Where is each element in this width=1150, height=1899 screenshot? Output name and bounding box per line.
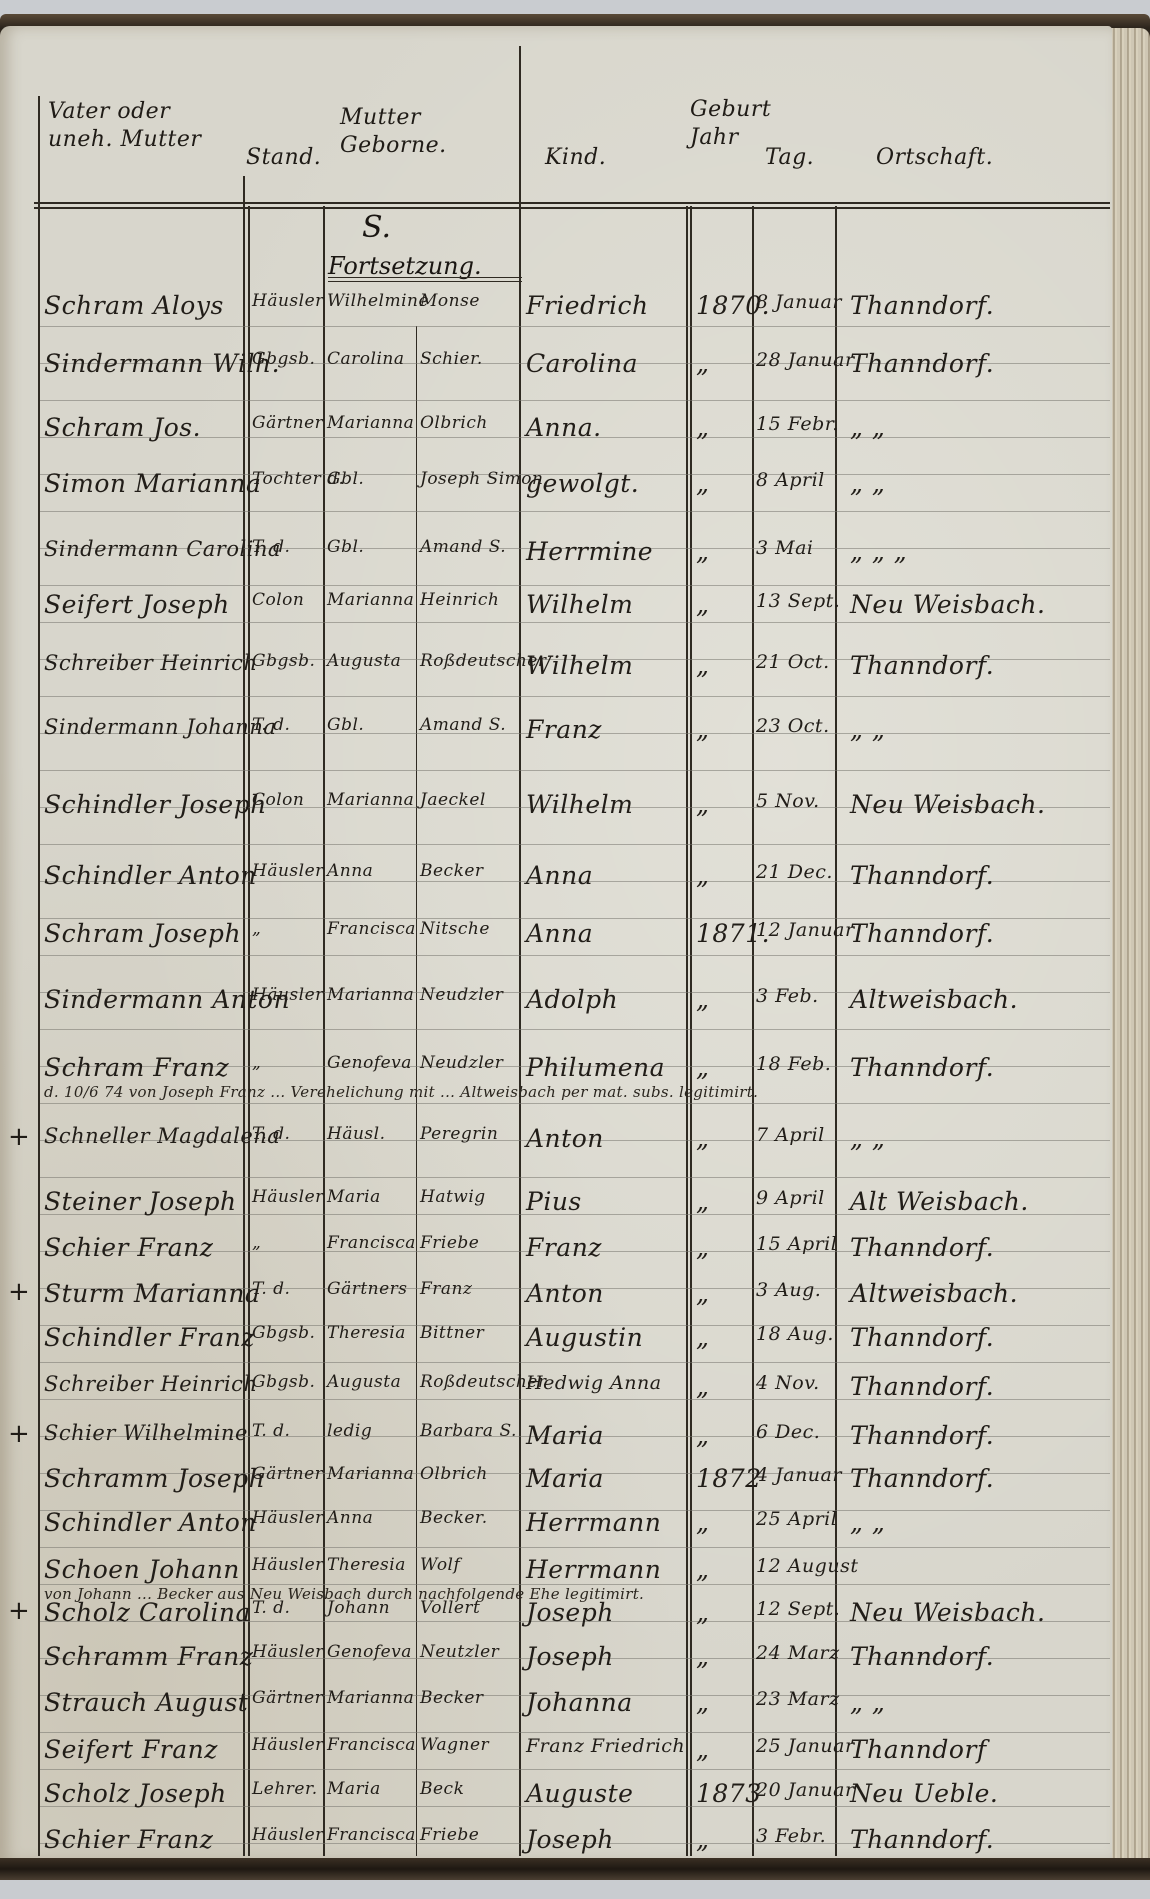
mother-first-name: Gbl. — [327, 537, 364, 557]
mother-surname: Friebe — [420, 1825, 479, 1845]
birth-day: 25 Januar — [756, 1735, 855, 1757]
child-name: Anton — [526, 1279, 604, 1308]
child-name: Herrmine — [526, 537, 653, 566]
cross-mark-icon: + — [8, 1277, 30, 1307]
parent-name: Schramm Franz — [44, 1642, 253, 1671]
stand: Gärtner — [252, 1688, 323, 1708]
mother-first-name: Augusta — [327, 651, 401, 671]
stand: Gbgsb. — [252, 651, 315, 671]
ruled-line — [40, 585, 1110, 586]
child-name: Anna. — [526, 413, 602, 442]
birth-day: 13 Sept. — [756, 590, 840, 612]
parent-name: Sturm Marianna — [44, 1279, 260, 1308]
child-name: Auguste — [526, 1779, 633, 1808]
child-name: Philumena — [526, 1053, 665, 1082]
stand: T. d. — [252, 1421, 290, 1441]
mother-surname: Bittner — [420, 1323, 484, 1343]
birth-day: 24 Marz — [756, 1642, 840, 1664]
child-name: Franz Friedrich — [526, 1735, 685, 1757]
stand: Häusler — [252, 1642, 324, 1662]
place: Thanndorf. — [850, 861, 994, 890]
birth-year: 1872 — [696, 1464, 762, 1493]
mother-surname: Neutzler — [420, 1642, 499, 1662]
parent-name: Schramm Joseph — [44, 1464, 265, 1493]
column-rule-left — [38, 96, 40, 1856]
mother-first-name: Gärtners — [327, 1279, 408, 1299]
mother-surname: Olbrich — [420, 1464, 488, 1484]
birth-year: „ — [696, 651, 709, 680]
mother-surname: Becker. — [420, 1508, 488, 1528]
header-kind: Kind. — [545, 144, 606, 172]
birth-day: 3 Febr. — [756, 1825, 826, 1847]
place: Thanndorf. — [850, 1421, 994, 1450]
mother-surname: Amand S. — [420, 715, 506, 735]
place: Neu Ueble. — [850, 1779, 998, 1808]
birth-day: 7 April — [756, 1124, 825, 1146]
place: Thanndorf. — [850, 1642, 994, 1671]
register-page: Vater oder uneh. Mutter Stand. Mutter Ge… — [0, 26, 1112, 1862]
mother-first-name: Maria — [327, 1187, 381, 1207]
place: „ „ — [850, 1508, 885, 1537]
birth-year: „ — [696, 1421, 709, 1450]
stand: Gbgsb. — [252, 1372, 315, 1392]
place: Neu Weisbach. — [850, 590, 1045, 619]
birth-day: 28 Januar — [756, 349, 855, 371]
birth-day: 12 Sept. — [756, 1598, 840, 1620]
mother-surname: Neudzler — [420, 1053, 503, 1073]
mother-first-name: Maria — [327, 1779, 381, 1799]
header-rule-bottom — [34, 207, 1110, 209]
parent-name: Seifert Joseph — [44, 590, 230, 619]
stand: Häusler — [252, 1825, 324, 1845]
mother-first-name: Anna — [327, 861, 373, 881]
ruled-line — [40, 1029, 1110, 1030]
birth-day: 8 April — [756, 469, 825, 491]
child-name: Maria — [526, 1464, 604, 1493]
child-name: Herrmann — [526, 1555, 661, 1584]
child-name: Herrmann — [526, 1508, 661, 1537]
ruled-line — [40, 1769, 1110, 1770]
ruled-line — [40, 955, 1110, 956]
mother-first-name: ledig — [327, 1421, 372, 1441]
birth-year: „ — [696, 790, 709, 819]
mother-first-name: Carolina — [327, 349, 404, 369]
stand: Gärtner — [252, 413, 323, 433]
birth-day: 3 Feb. — [756, 985, 819, 1007]
mother-surname: Jaeckel — [420, 790, 486, 810]
stand: Colon — [252, 790, 304, 810]
parent-name: Schier Franz — [44, 1825, 213, 1854]
ruled-line — [40, 1732, 1110, 1733]
birth-year: „ — [696, 1598, 709, 1627]
stand: T. d. — [252, 1124, 290, 1144]
stand: T. d. — [252, 715, 290, 735]
stand: Gbgsb. — [252, 349, 315, 369]
parent-name: Seifert Franz — [44, 1735, 218, 1764]
birth-day: 23 Oct. — [756, 715, 830, 737]
child-name: Adolph — [526, 985, 618, 1014]
child-name: Franz — [526, 715, 602, 744]
mother-surname: Wolf — [420, 1555, 460, 1575]
birth-year: „ — [696, 1187, 709, 1216]
marginal-note: d. 10/6 74 von Joseph Franz ... Vereheli… — [44, 1083, 758, 1101]
birth-year: „ — [696, 537, 709, 566]
child-name: Wilhelm — [526, 590, 633, 619]
birth-year: „ — [696, 469, 709, 498]
birth-year: „ — [696, 413, 709, 442]
stand: Häusler — [252, 1555, 324, 1575]
header-geburt-tag: Tag. — [765, 144, 814, 172]
birth-year: „ — [696, 1279, 709, 1308]
book-binding-bottom — [0, 1858, 1150, 1880]
cross-mark-icon: + — [8, 1419, 30, 1449]
place: Neu Weisbach. — [850, 1598, 1045, 1627]
column-rule-mutter — [323, 206, 325, 1856]
birth-year: „ — [696, 1642, 709, 1671]
column-rule-jahr-2 — [690, 206, 692, 1856]
place: „ „ — [850, 715, 885, 744]
header-vater-mutter: Vater oder uneh. Mutter — [48, 98, 228, 154]
ruled-line — [40, 770, 1110, 771]
parent-name: Schreiber Heinrich — [44, 651, 257, 675]
mother-surname: Becker — [420, 861, 484, 881]
birth-day: 3 Mai — [756, 537, 814, 559]
child-name: Joseph — [526, 1825, 614, 1854]
child-name: gewolgt. — [526, 469, 639, 498]
ruled-line — [40, 400, 1110, 401]
mother-first-name: Marianna — [327, 790, 414, 810]
child-name: Wilhelm — [526, 651, 633, 680]
parent-name: Sindermann Wilh. — [44, 349, 280, 378]
birth-year: „ — [696, 590, 709, 619]
mother-first-name: Marianna — [327, 1688, 414, 1708]
parent-name: Schindler Anton — [44, 861, 257, 890]
parent-name: Sindermann Johanna — [44, 715, 276, 739]
parent-name: Schindler Anton — [44, 1508, 257, 1537]
mother-surname: Heinrich — [420, 590, 499, 610]
section-underline-2 — [328, 281, 522, 282]
parent-name: Steiner Joseph — [44, 1187, 237, 1216]
birth-day: 4 Januar — [756, 1464, 842, 1486]
header-rule-top — [34, 202, 1110, 204]
mother-surname: Peregrin — [420, 1124, 498, 1144]
ruled-line — [40, 326, 1110, 327]
child-name: Joseph — [526, 1642, 614, 1671]
parent-name: Schier Wilhelmine — [44, 1421, 248, 1445]
birth-year: „ — [696, 1735, 709, 1764]
birth-day: 12 Januar — [756, 919, 855, 941]
child-name: Johanna — [526, 1688, 633, 1717]
birth-day: 18 Aug. — [756, 1323, 834, 1345]
section-underline-1 — [328, 277, 522, 278]
column-rule-jahr — [686, 206, 688, 1856]
parent-name: Schram Franz — [44, 1053, 229, 1082]
mother-first-name: Genofeva — [327, 1642, 412, 1662]
stand: Lehrer. — [252, 1779, 318, 1799]
mother-first-name: Francisca — [327, 1735, 416, 1755]
child-name: Anna — [526, 861, 593, 890]
mother-first-name: Gbl. — [327, 469, 364, 489]
birth-year: „ — [696, 1555, 709, 1584]
child-name: Anton — [526, 1124, 604, 1153]
place: Thanndorf. — [850, 651, 994, 680]
ruled-line — [40, 696, 1110, 697]
parent-name: Simon Marianna — [44, 469, 261, 498]
mother-first-name: Marianna — [327, 590, 414, 610]
mother-first-name: Anna — [327, 1508, 373, 1528]
place: „ „ — [850, 1688, 885, 1717]
birth-year: „ — [696, 861, 709, 890]
page-edges — [1110, 28, 1150, 1868]
birth-day: 18 Feb. — [756, 1053, 831, 1075]
mother-surname: Becker — [420, 1688, 484, 1708]
place: Altweisbach. — [850, 985, 1018, 1014]
parent-name: Schindler Franz — [44, 1323, 255, 1352]
birth-day: 21 Oct. — [756, 651, 830, 673]
mother-surname: Schier. — [420, 349, 483, 369]
marginal-note: von Johann ... Becker aus Neu Weisbach d… — [44, 1585, 644, 1603]
place: „ „ „ — [850, 537, 907, 566]
parent-name: Strauch August — [44, 1688, 248, 1717]
mother-first-name: Augusta — [327, 1372, 401, 1392]
mother-first-name: Gbl. — [327, 715, 364, 735]
header-ortschaft: Ortschaft. — [876, 144, 993, 172]
birth-year: „ — [696, 715, 709, 744]
ruled-line — [40, 1103, 1110, 1104]
place: „ „ — [850, 413, 885, 442]
stand: Häusler — [252, 291, 324, 311]
birth-day: 25 April — [756, 1508, 837, 1530]
mother-surname: Franz — [420, 1279, 472, 1299]
ruled-line — [40, 1362, 1110, 1363]
child-name: Carolina — [526, 349, 638, 378]
mother-surname: Olbrich — [420, 413, 488, 433]
place: Alt Weisbach. — [850, 1187, 1029, 1216]
mother-first-name: Wilhelmine — [327, 291, 429, 311]
stand: „ — [252, 1233, 261, 1253]
parent-name: Schram Joseph — [44, 919, 241, 948]
stand: T. d. — [252, 537, 290, 557]
birth-year: „ — [696, 1233, 709, 1262]
birth-year: „ — [696, 1508, 709, 1537]
birth-year: „ — [696, 1124, 709, 1153]
mother-surname: Wagner — [420, 1735, 489, 1755]
cross-mark-icon: + — [8, 1122, 30, 1152]
ruled-line — [40, 1177, 1110, 1178]
parent-name: Schoen Johann — [44, 1555, 240, 1584]
parent-name: Schier Franz — [44, 1233, 213, 1262]
child-name: Franz — [526, 1233, 602, 1262]
child-name: Wilhelm — [526, 790, 633, 819]
column-rule-tag — [752, 206, 754, 1856]
birth-year: „ — [696, 985, 709, 1014]
birth-day: 23 Marz — [756, 1688, 840, 1710]
birth-day: 15 April — [756, 1233, 837, 1255]
place: Thanndorf. — [850, 1233, 994, 1262]
place: Thanndorf. — [850, 919, 994, 948]
mother-first-name: Marianna — [327, 413, 414, 433]
mother-first-name: Francisca — [327, 1233, 416, 1253]
parent-name: Scholz Joseph — [44, 1779, 227, 1808]
place: Thanndorf. — [850, 1053, 994, 1082]
mother-surname: Monse — [420, 291, 480, 311]
stand: Häusler — [252, 1508, 324, 1528]
stand: Häusler — [252, 861, 324, 881]
stand: Gärtner — [252, 1464, 323, 1484]
mother-surname: Neudzler — [420, 985, 503, 1005]
birth-day: 6 Dec. — [756, 1421, 820, 1443]
mother-first-name: Francisca — [327, 1825, 416, 1845]
place: Thanndorf — [850, 1735, 987, 1764]
mother-first-name: Francisca — [327, 919, 416, 939]
birth-day: 15 Febr. — [756, 413, 839, 435]
parent-name: Schreiber Heinrich — [44, 1372, 257, 1396]
place: Thanndorf. — [850, 291, 994, 320]
stand: Häusler — [252, 985, 324, 1005]
birth-year: „ — [696, 1053, 709, 1082]
birth-year: „ — [696, 1323, 709, 1352]
parent-name: Schindler Joseph — [44, 790, 267, 819]
ruled-line — [40, 844, 1110, 845]
mother-surname: Friebe — [420, 1233, 479, 1253]
birth-day: 12 August — [756, 1555, 858, 1577]
child-name: Friedrich — [526, 291, 649, 320]
stand: T. d. — [252, 1279, 290, 1299]
place: Thanndorf. — [850, 1464, 994, 1493]
place: Thanndorf. — [850, 349, 994, 378]
place: Thanndorf. — [850, 1372, 994, 1401]
place: Thanndorf. — [850, 1323, 994, 1352]
mother-surname: Nitsche — [420, 919, 490, 939]
mother-first-name: Marianna — [327, 985, 414, 1005]
parent-name: Schneller Magdalena — [44, 1124, 280, 1148]
stand: Gbgsb. — [252, 1323, 315, 1343]
birth-year: 1873 — [696, 1779, 762, 1808]
stand: Häusler — [252, 1187, 324, 1207]
parent-name: Schram Jos. — [44, 413, 201, 442]
header-stand: Stand. — [246, 144, 321, 172]
ruled-line — [40, 1547, 1110, 1548]
child-name: Maria — [526, 1421, 604, 1450]
birth-day: 4 Nov. — [756, 1372, 820, 1394]
mother-surname: Beck — [420, 1779, 464, 1799]
birth-year: „ — [696, 1688, 709, 1717]
mother-first-name: Marianna — [327, 1464, 414, 1484]
birth-year: „ — [696, 1372, 709, 1401]
mother-first-name: Genofeva — [327, 1053, 412, 1073]
place: „ „ — [850, 469, 885, 498]
cross-mark-icon: + — [8, 1596, 30, 1626]
mother-surname: Joseph Simon — [420, 469, 543, 489]
child-name: Pius — [526, 1187, 582, 1216]
birth-day: 9 April — [756, 1187, 825, 1209]
birth-day: 20 Januar — [756, 1779, 855, 1801]
birth-day: 5 Nov. — [756, 790, 820, 812]
child-name: Hedwig Anna — [526, 1372, 662, 1394]
mother-surname: Hatwig — [420, 1187, 486, 1207]
child-name: Anna — [526, 919, 593, 948]
mother-first-name: Häusl. — [327, 1124, 385, 1144]
parent-name: Schram Aloys — [44, 291, 224, 320]
birth-year: „ — [696, 349, 709, 378]
stand: Häusler — [252, 1735, 324, 1755]
ruled-line — [40, 622, 1110, 623]
header-mutter-geborne: Mutter Geborne. — [340, 104, 480, 160]
mother-surname: Barbara S. — [420, 1421, 517, 1441]
mother-first-name: Theresia — [327, 1323, 406, 1343]
section-note: Fortsetzung. — [328, 252, 482, 280]
parent-name: Sindermann Carolina — [44, 537, 281, 561]
child-name: Augustin — [526, 1323, 643, 1352]
birth-day: 21 Dec. — [756, 861, 833, 883]
mother-surname: Amand S. — [420, 537, 506, 557]
stand: Colon — [252, 590, 304, 610]
birth-year: „ — [696, 1825, 709, 1854]
birth-day: 3 Aug. — [756, 1279, 821, 1301]
stand: „ — [252, 1053, 261, 1073]
section-letter: S. — [362, 210, 391, 245]
mother-first-name: Theresia — [327, 1555, 406, 1575]
place: Neu Weisbach. — [850, 790, 1045, 819]
stand: „ — [252, 919, 261, 939]
birth-day: 8 Januar — [756, 291, 842, 313]
place: „ „ — [850, 1124, 885, 1153]
place: Thanndorf. — [850, 1825, 994, 1854]
ruled-line — [40, 511, 1110, 512]
place: Altweisbach. — [850, 1279, 1018, 1308]
